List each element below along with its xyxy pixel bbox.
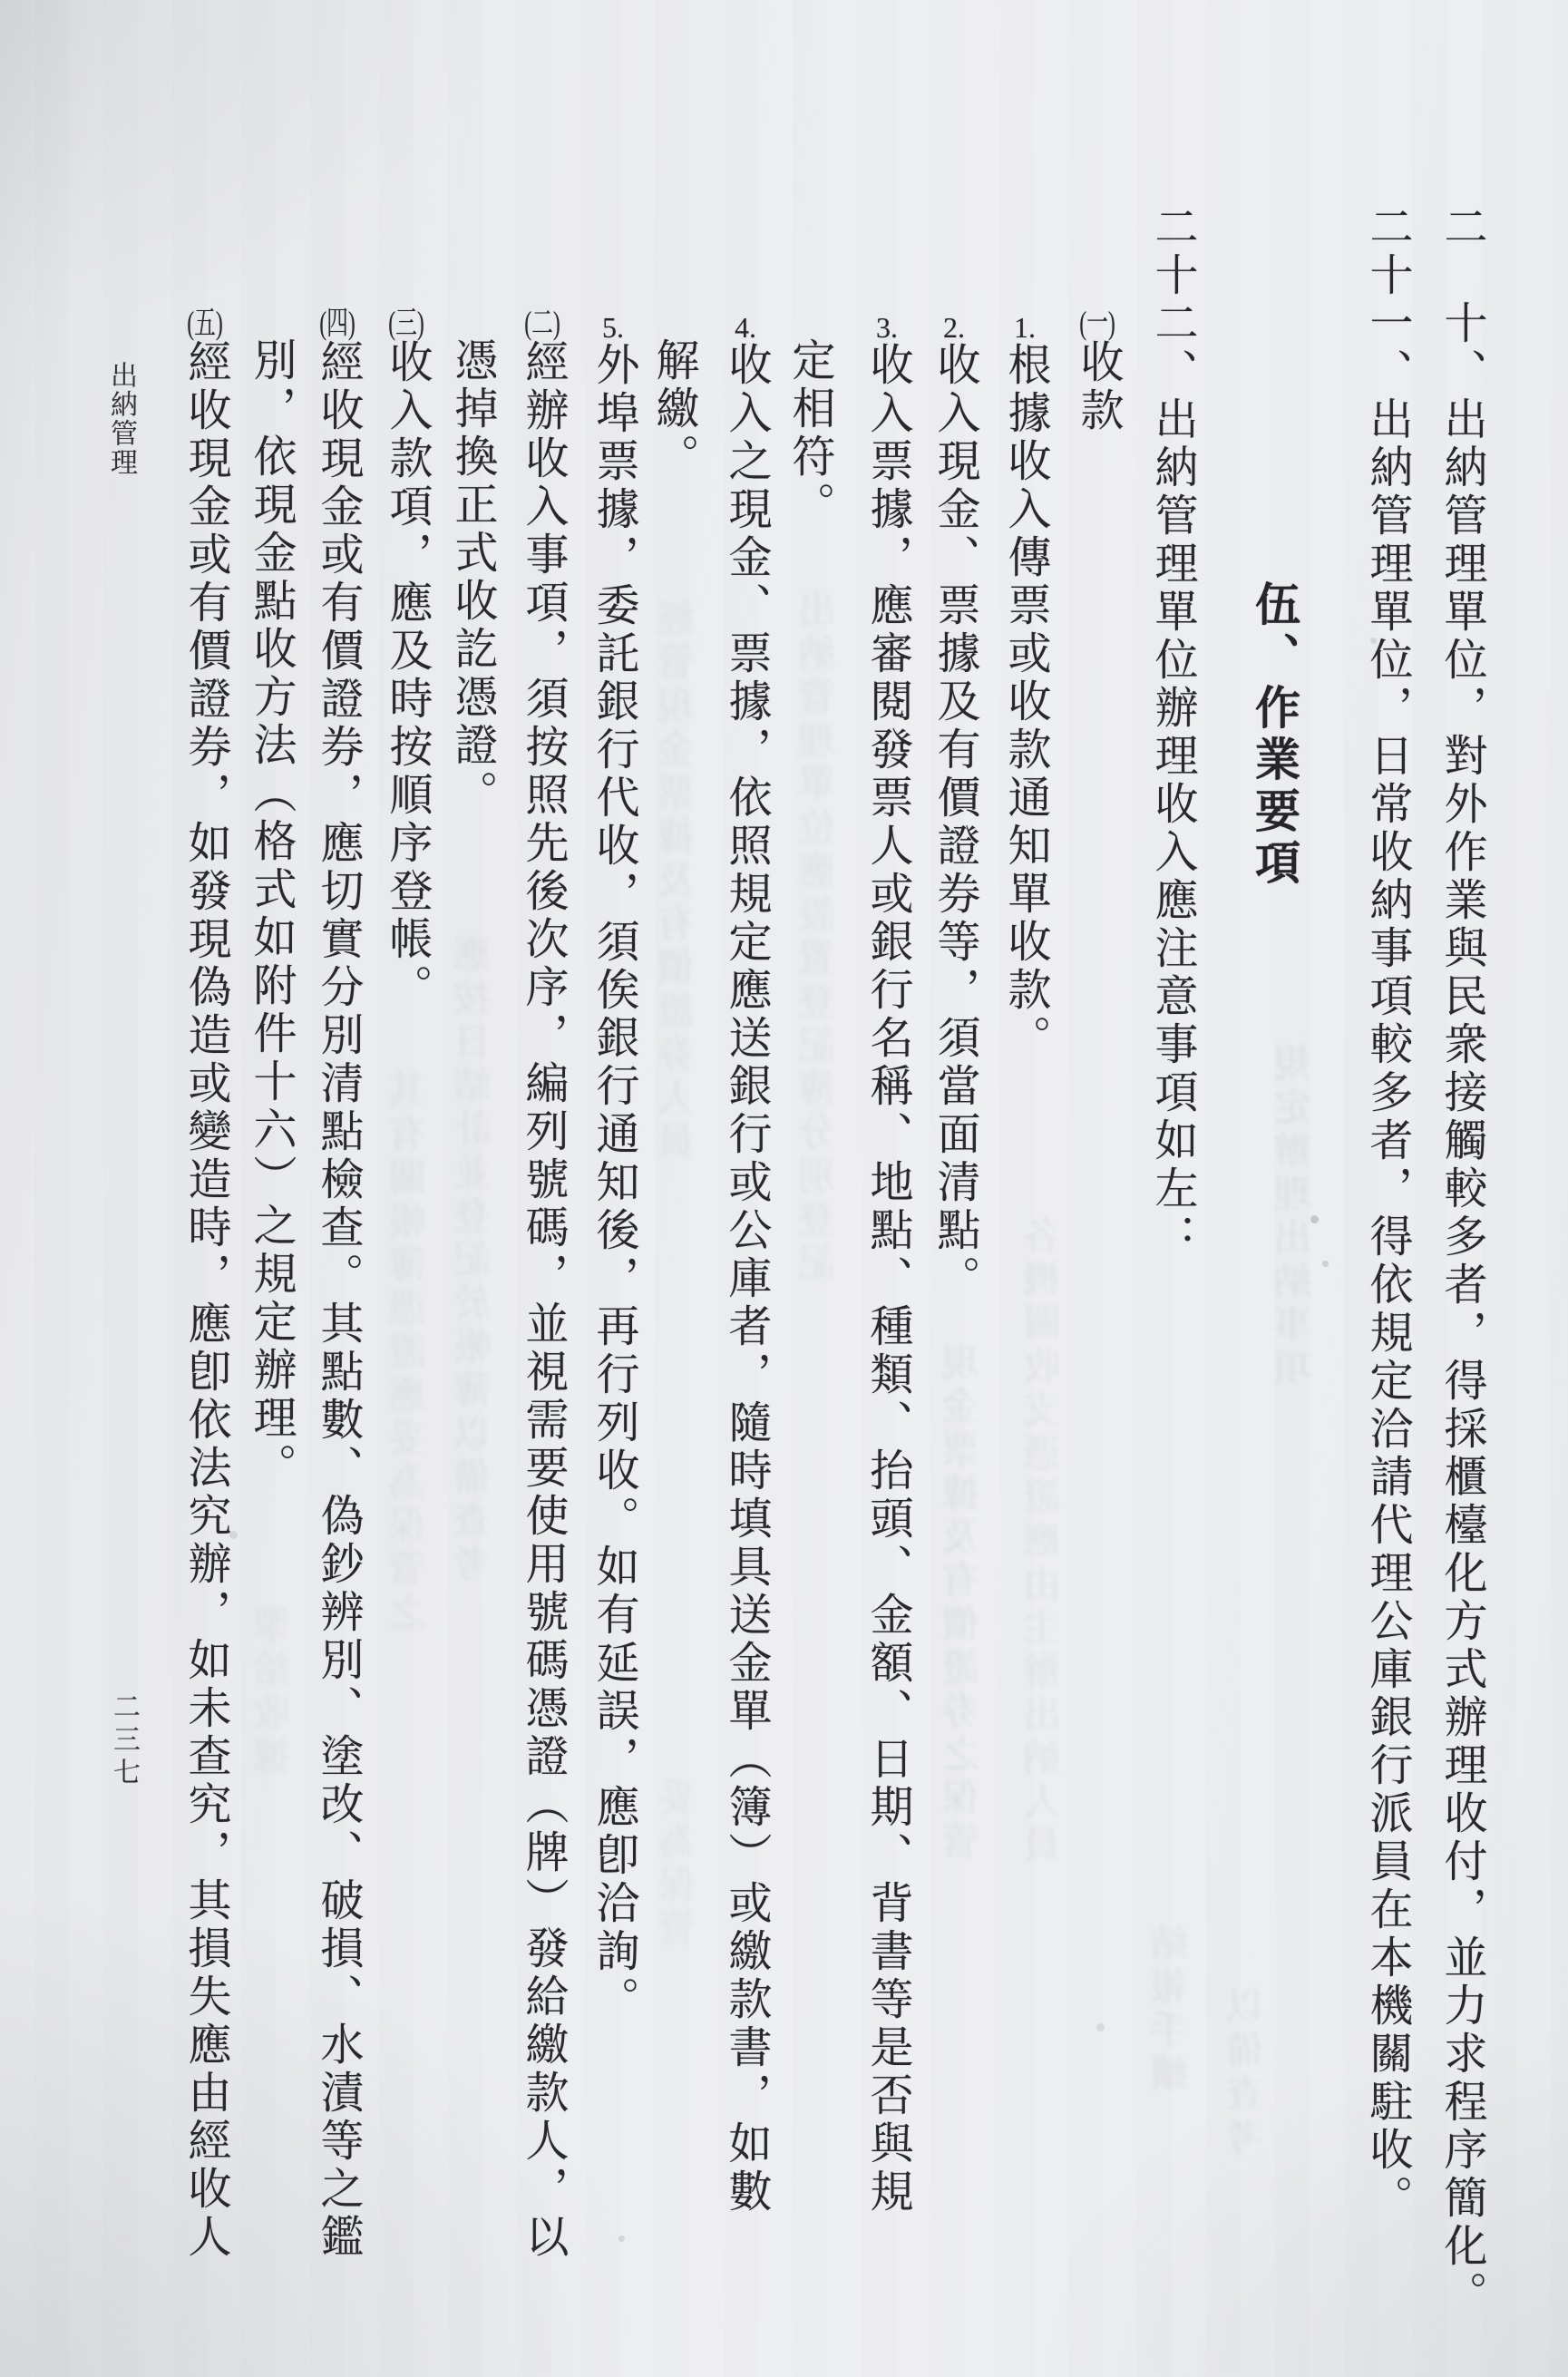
text-column-num-3b: 定相符。 (785, 337, 833, 530)
bleed-through-ghost: 經管現金票據及有價證券人員 (657, 599, 702, 1164)
page-number: 二三七 (102, 1692, 145, 1790)
text-column-num-1: 1.根據收入傳票或收款通知單收款。 (1001, 313, 1049, 1063)
bleed-through-ghost: 結報手續 (1150, 1923, 1195, 2097)
book-page: 規定辦理出納事項以備查考結報手續各機關收支憑證應由主辦出納人員現金票據及有價證券… (0, 0, 1568, 2377)
item-marker: (二) (524, 307, 560, 339)
bleed-through-ghost: 應按日結計並登記於帳簿以備查考 (453, 934, 499, 1587)
text-column-sub-5: (五)經收現金或有價證券，如發現偽造或變造時，應卽依法究辦，如未查究，其損失應由… (181, 307, 229, 2262)
text-column-sub-3: (三)收入款項，應及時按順序登帳。 (383, 307, 431, 1012)
item-marker: (一) (1079, 307, 1115, 339)
item-marker: (四) (319, 307, 355, 339)
text-column-num-5: 5.外埠票據，委託銀行代收，須俟銀行通知後，再行列收。如有延誤，應卽洽詢。 (589, 313, 638, 2024)
bleed-through-ghost: 出納管理單位應設置登記簿分別登記 (798, 589, 843, 1286)
bleed-through-ghost: 規定辦理出納事項 (1273, 1043, 1319, 1391)
item-marker: (三) (388, 307, 424, 339)
item-marker: 4. (729, 313, 762, 342)
text-column-item-21: 二十一、出納管理單位，日常收納事項較多者，得依規定洽請代理公庫銀行派員在本機關駐… (1363, 204, 1411, 2223)
item-marker: 1. (1008, 313, 1041, 342)
text-column-item-20: 二 十、出納管理單位，對外作業與民衆接觸較多者，得採櫃檯化方式辦理收付，並力求程… (1437, 204, 1485, 2319)
bleed-through-ghost: 現金票據及有價證券之保管 (941, 1342, 987, 1865)
item-marker: 3. (871, 313, 903, 342)
text-column-sub-2b: 憑掉換正式收訖憑證。 (448, 337, 496, 818)
text-column-sub-4b: 別，依現金點收方法（格式如附件十六）之規定辦理。 (247, 337, 295, 1491)
text-column-sub-1: (一)收款 (1074, 307, 1122, 435)
bleed-through-ghost: 各機關收支憑證應由主辦出納人員 (1023, 1215, 1068, 1868)
text-column-num-4b: 解繳。 (649, 337, 697, 482)
text-column-num-3a: 3.收入票據，應審閱發票人或銀行名稱、地點、種類、抬頭、金額、日期、背書等是否與… (863, 313, 911, 2216)
bleed-through-ghost: 其有關帳簿憑證應妥為保管之 (388, 1070, 433, 1636)
item-marker: 5. (597, 313, 629, 342)
item-marker: 2. (938, 313, 970, 342)
section-heading: 伍、作業要項 (1248, 580, 1300, 891)
text-column-sub-4a: (四)經收現金或有價證券，應切實分別清點檢查。其點數、偽鈔辨別、塗改、破損、水漬… (314, 307, 362, 2262)
text-column-item-22: 二十二、出納管理單位辦理收入應注意事項如左： (1148, 204, 1196, 1262)
scan-specks (0, 0, 5, 5)
text-column-sub-2a: (二)經辦收入事項，須按照先後次序，編列號碼，並視需要使用號碼憑證（牌）發給繳款… (519, 307, 567, 2262)
bleed-through-ghost: 掣給收據 (252, 1605, 297, 1779)
running-header: 出納管理 (100, 361, 141, 477)
bleed-through-ghost: 妥為保管 (658, 1778, 704, 1952)
text-column-num-2: 2.收入現金、票據及有價證券等，須當面清點。 (930, 313, 979, 1303)
item-marker: (五) (187, 307, 223, 339)
bleed-through-ghost: 以備查考 (1226, 1986, 1271, 2160)
text-column-num-4a: 4.收入之現金、票據，依照規定應送銀行或公庫者，隨時填具送金單（簿）或繳款書，如… (722, 313, 770, 2216)
